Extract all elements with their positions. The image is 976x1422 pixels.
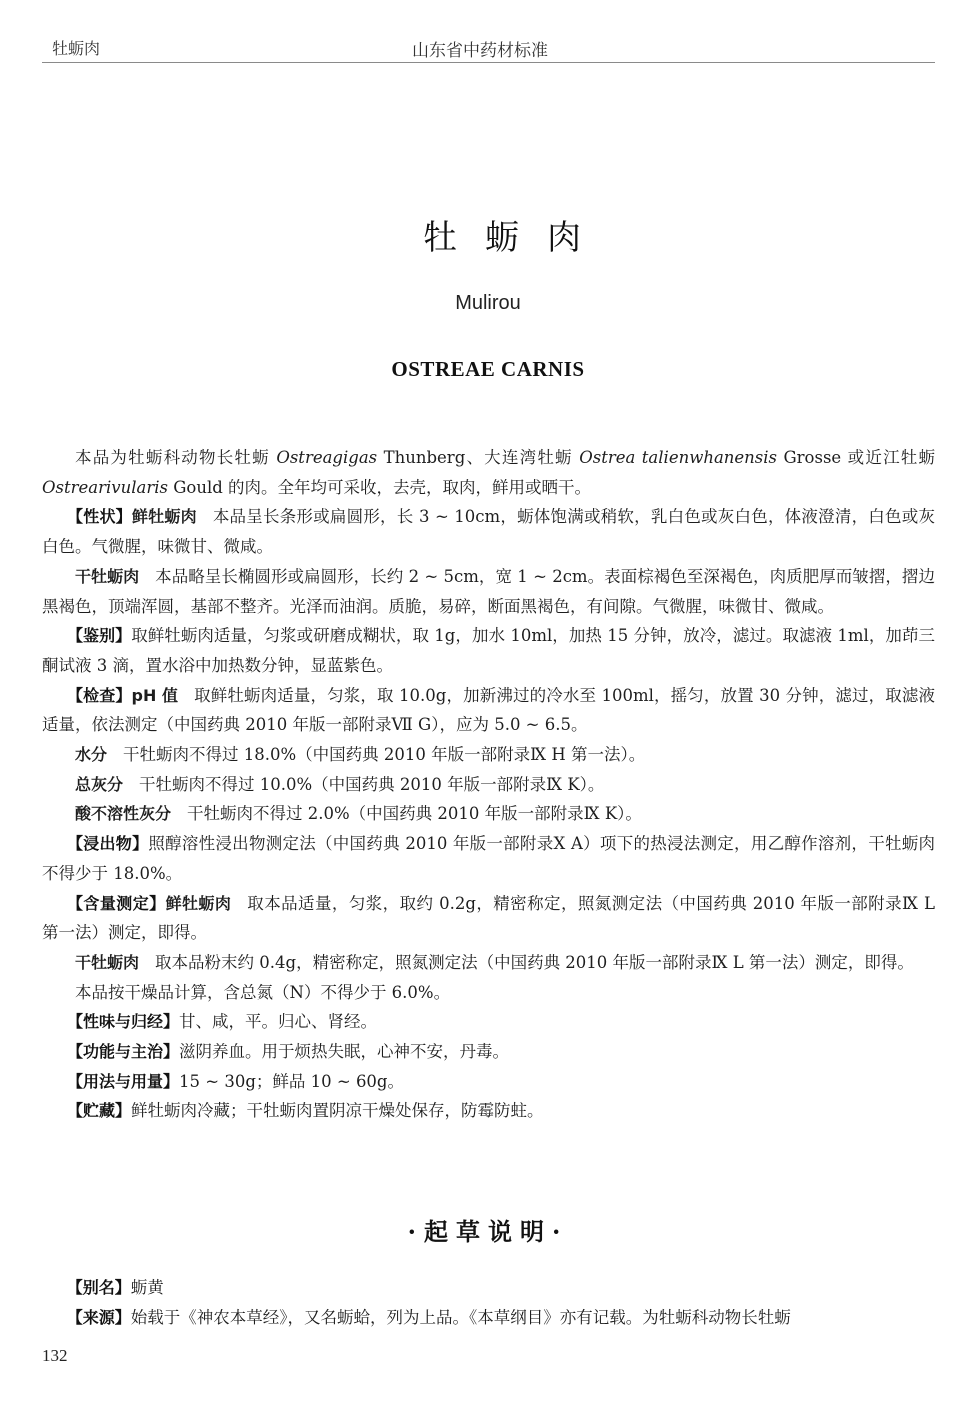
section-heading: 【别名】 <box>67 1278 131 1297</box>
subheading: 鲜牡蛎肉 <box>166 894 232 913</box>
section-heading: 【性状】 <box>67 507 132 526</box>
section-inspection-ash: 总灰分干牡蛎肉不得过 10.0%（中国药典 2010 年版一部附录Ⅸ K）。 <box>42 770 935 800</box>
section-dosage: 【用法与用量】15 ~ 30g；鲜品 10 ~ 60g。 <box>42 1067 935 1097</box>
section-heading: 【用法与用量】 <box>67 1072 179 1091</box>
section-storage: 【贮藏】鲜牡蛎肉冷藏；干牡蛎肉置阴凉干燥处保存，防霉防蛀。 <box>42 1096 935 1126</box>
monograph-title-pinyin: Mulirou <box>0 292 976 315</box>
species-name: Ostrea talienwhanensis <box>579 448 777 467</box>
section-assay-fresh: 【含量测定】鲜牡蛎肉取本品适量，匀浆，取约 0.2g，精密称定，照氮测定法（中国… <box>42 889 935 948</box>
section-heading: 【贮藏】 <box>67 1101 131 1120</box>
header-book-title: 山东省中药材标准 <box>412 36 548 61</box>
section-description-fresh: 【性状】鲜牡蛎肉本品呈长条形或扁圆形，长 3 ~ 10cm，蛎体饱满或稍软，乳白… <box>42 502 935 561</box>
monograph-title-chinese: 牡蛎肉 <box>0 210 976 259</box>
monograph-body: 本品为牡蛎科动物长牡蛎 Ostreagigas Thunberg、大连湾牡蛎 O… <box>42 443 935 1126</box>
section-source: 【来源】始载于《神农本草经》，又名蛎蛤，列为上品。《本草纲目》亦有记载。为牡蛎科… <box>42 1303 935 1333</box>
monograph-title-latin: OSTREAE CARNIS <box>0 357 976 382</box>
intro-paragraph: 本品为牡蛎科动物长牡蛎 Ostreagigas Thunberg、大连湾牡蛎 O… <box>42 443 935 502</box>
drafting-notes-body: 【别名】蛎黄 【来源】始载于《神农本草经》，又名蛎蛤，列为上品。《本草纲目》亦有… <box>42 1273 935 1332</box>
section-property-meridian: 【性味与归经】甘、咸，平。归心、肾经。 <box>42 1007 935 1037</box>
section-inspection-acid-ash: 酸不溶性灰分干牡蛎肉不得过 2.0%（中国药典 2010 年版一部附录Ⅸ K）。 <box>42 799 935 829</box>
subheading: pH 值 <box>132 686 179 705</box>
section-description-dry: 干牡蛎肉本品略呈长椭圆形或扁圆形，长约 2 ~ 5cm，宽 1 ~ 2cm。表面… <box>42 562 935 621</box>
drafting-notes-title: ·起草说明· <box>0 1212 976 1247</box>
section-assay-note: 本品按干燥品计算，含总氮（N）不得少于 6.0%。 <box>42 978 935 1008</box>
section-heading: 【浸出物】 <box>67 834 148 853</box>
species-name: Ostrearivularis <box>42 478 168 497</box>
running-header: 牡蛎肉 山东省中药材标准 <box>42 32 935 63</box>
subheading: 干牡蛎肉 <box>75 567 139 586</box>
subheading: 干牡蛎肉 <box>75 953 139 972</box>
section-heading: 【来源】 <box>67 1308 131 1327</box>
page-number: 132 <box>42 1346 68 1366</box>
section-heading: 【检查】 <box>67 686 132 705</box>
section-assay-dry: 干牡蛎肉取本品粉末约 0.4g，精密称定，照氮测定法（中国药典 2010 年版一… <box>42 948 935 978</box>
section-functions: 【功能与主治】滋阴养血。用于烦热失眠，心神不安，丹毒。 <box>42 1037 935 1067</box>
subheading: 酸不溶性灰分 <box>75 804 171 823</box>
section-inspection-ph: 【检查】pH 值取鲜牡蛎肉适量，匀浆，取 10.0g，加新沸过的冷水至 100m… <box>42 681 935 740</box>
section-extractives: 【浸出物】照醇溶性浸出物测定法（中国药典 2010 年版一部附录Ⅹ A）项下的热… <box>42 829 935 888</box>
species-name: Ostreagigas <box>276 448 377 467</box>
header-entry-name: 牡蛎肉 <box>52 36 100 59</box>
section-heading: 【鉴别】 <box>67 626 131 645</box>
section-identification: 【鉴别】取鲜牡蛎肉适量，匀浆或研磨成糊状，取 1g，加水 10ml，加热 15 … <box>42 621 935 680</box>
subheading: 鲜牡蛎肉 <box>132 507 197 526</box>
section-heading: 【含量测定】 <box>67 894 166 913</box>
section-alias: 【别名】蛎黄 <box>42 1273 935 1303</box>
subheading: 水分 <box>75 745 107 764</box>
section-heading: 【性味与归经】 <box>67 1012 179 1031</box>
subheading: 总灰分 <box>75 775 123 794</box>
section-inspection-water: 水分干牡蛎肉不得过 18.0%（中国药典 2010 年版一部附录Ⅸ H 第一法）… <box>42 740 935 770</box>
section-heading: 【功能与主治】 <box>67 1042 179 1061</box>
